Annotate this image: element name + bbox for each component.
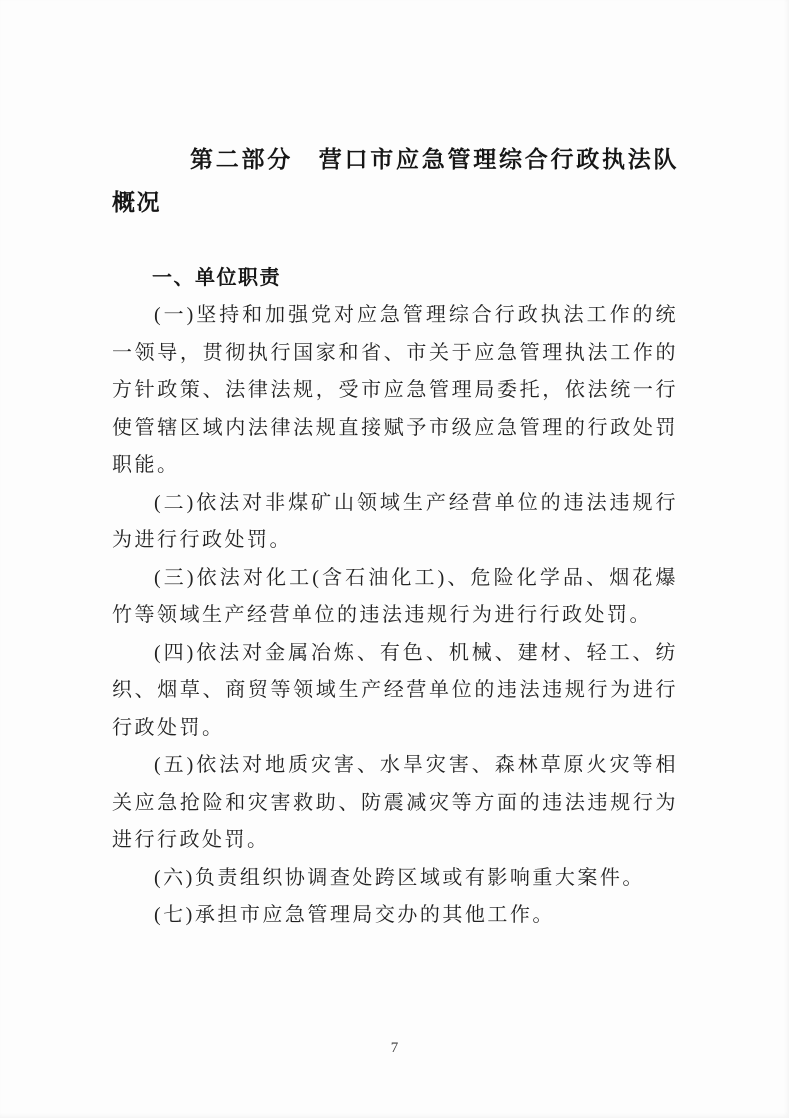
paragraph-duty-1: (一)坚持和加强党对应急管理综合行政执法工作的统一领导，贯彻执行国家和省、市关于…	[112, 297, 678, 485]
paragraph-duty-7: (七)承担市应急管理局交办的其他工作。	[112, 897, 678, 935]
section-heading-unit-duties: 一、单位职责	[112, 260, 678, 297]
paragraph-duty-5: (五)依法对地质灾害、水旱灾害、森林草原火灾等相关应急抢险和灾害救助、防震减灾等…	[112, 747, 678, 860]
paragraph-duty-6: (六)负责组织协调查处跨区域或有影响重大案件。	[112, 860, 678, 898]
document-title: 第二部分 营口市应急管理综合行政执法队概况	[112, 138, 678, 224]
document-page: 第二部分 营口市应急管理综合行政执法队概况 一、单位职责 (一)坚持和加强党对应…	[0, 0, 789, 1118]
page-number: 7	[0, 1040, 789, 1057]
paragraph-duty-3: (三)依法对化工(含石油化工)、危险化学品、烟花爆竹等领域生产经营单位的违法违规…	[112, 560, 678, 635]
document-content: 第二部分 营口市应急管理综合行政执法队概况 一、单位职责 (一)坚持和加强党对应…	[112, 138, 678, 935]
paragraph-duty-4: (四)依法对金属冶炼、有色、机械、建材、轻工、纺织、烟草、商贸等领域生产经营单位…	[112, 635, 678, 748]
paragraph-duty-2: (二)依法对非煤矿山领域生产经营单位的违法违规行为进行行政处罚。	[112, 485, 678, 560]
